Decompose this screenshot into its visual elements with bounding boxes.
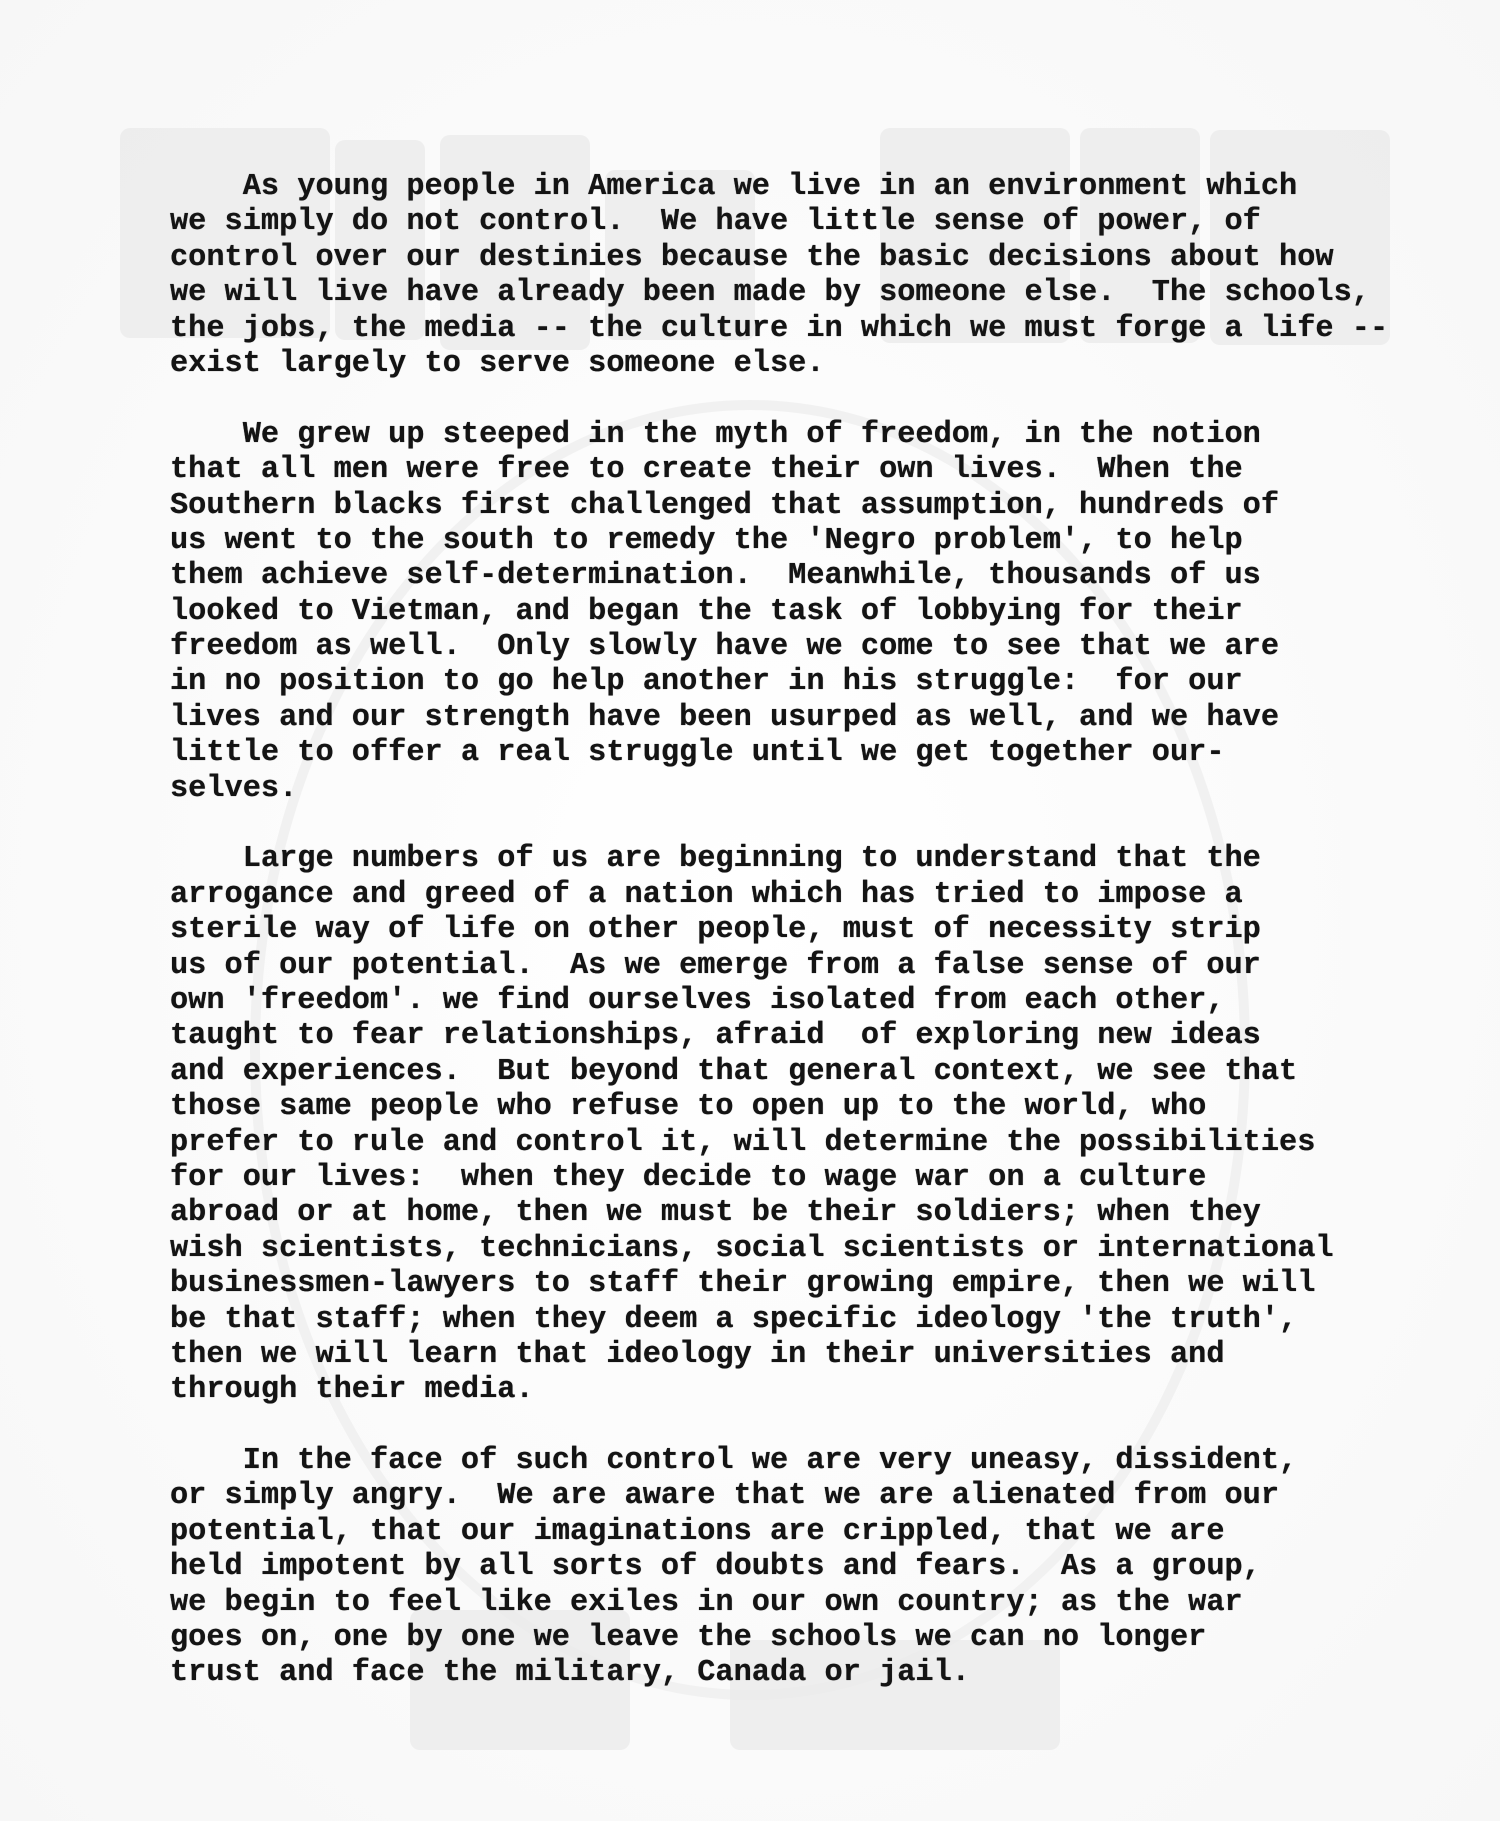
- text-line: held impotent by all sorts of doubts and…: [170, 1550, 1390, 1585]
- text-line: us went to the south to remedy the 'Negr…: [170, 524, 1390, 559]
- text-line: Southern blacks first challenged that as…: [170, 489, 1390, 524]
- text-line: abroad or at home, then we must be their…: [170, 1196, 1390, 1231]
- text-line: exist largely to serve someone else.: [170, 347, 1390, 382]
- paragraph-2: We grew up steeped in the myth of freedo…: [170, 418, 1390, 807]
- text-line: lives and our strength have been usurped…: [170, 701, 1390, 736]
- text-line: them achieve self-determination. Meanwhi…: [170, 559, 1390, 594]
- text-line: we begin to feel like exiles in our own …: [170, 1586, 1390, 1621]
- paragraph-1: As young people in America we live in an…: [170, 170, 1390, 382]
- text-line: or simply angry. We are aware that we ar…: [170, 1479, 1390, 1514]
- typewritten-page: As young people in America we live in an…: [0, 0, 1500, 1821]
- text-line: freedom as well. Only slowly have we com…: [170, 630, 1390, 665]
- text-line: those same people who refuse to open up …: [170, 1090, 1390, 1125]
- text-line: wish scientists, technicians, social sci…: [170, 1232, 1390, 1267]
- text-line: trust and face the military, Canada or j…: [170, 1656, 1390, 1691]
- text-line: through their media.: [170, 1373, 1390, 1408]
- body-text: As young people in America we live in an…: [170, 170, 1390, 1727]
- text-line: selves.: [170, 772, 1390, 807]
- text-line: looked to Vietman, and began the task of…: [170, 595, 1390, 630]
- paragraph-3: Large numbers of us are beginning to und…: [170, 842, 1390, 1408]
- text-line: Large numbers of us are beginning to und…: [170, 842, 1390, 877]
- text-line: taught to fear relationships, afraid of …: [170, 1019, 1390, 1054]
- text-line: In the face of such control we are very …: [170, 1444, 1390, 1479]
- text-line: we will live have already been made by s…: [170, 276, 1390, 311]
- text-line: the jobs, the media -- the culture in wh…: [170, 312, 1390, 347]
- text-line: control over our destinies because the b…: [170, 241, 1390, 276]
- text-line: us of our potential. As we emerge from a…: [170, 949, 1390, 984]
- text-line: prefer to rule and control it, will dete…: [170, 1126, 1390, 1161]
- text-line: sterile way of life on other people, mus…: [170, 913, 1390, 948]
- text-line: As young people in America we live in an…: [170, 170, 1390, 205]
- text-line: own 'freedom'. we find ourselves isolate…: [170, 984, 1390, 1019]
- text-line: little to offer a real struggle until we…: [170, 736, 1390, 771]
- text-line: in no position to go help another in his…: [170, 665, 1390, 700]
- text-line: arrogance and greed of a nation which ha…: [170, 878, 1390, 913]
- text-line: that all men were free to create their o…: [170, 453, 1390, 488]
- text-line: be that staff; when they deem a specific…: [170, 1303, 1390, 1338]
- text-line: potential, that our imaginations are cri…: [170, 1515, 1390, 1550]
- text-line: businessmen-lawyers to staff their growi…: [170, 1267, 1390, 1302]
- text-line: goes on, one by one we leave the schools…: [170, 1621, 1390, 1656]
- text-line: and experiences. But beyond that general…: [170, 1055, 1390, 1090]
- text-line: we simply do not control. We have little…: [170, 205, 1390, 240]
- paragraph-4: In the face of such control we are very …: [170, 1444, 1390, 1692]
- text-line: We grew up steeped in the myth of freedo…: [170, 418, 1390, 453]
- text-line: then we will learn that ideology in thei…: [170, 1338, 1390, 1373]
- text-line: for our lives: when they decide to wage …: [170, 1161, 1390, 1196]
